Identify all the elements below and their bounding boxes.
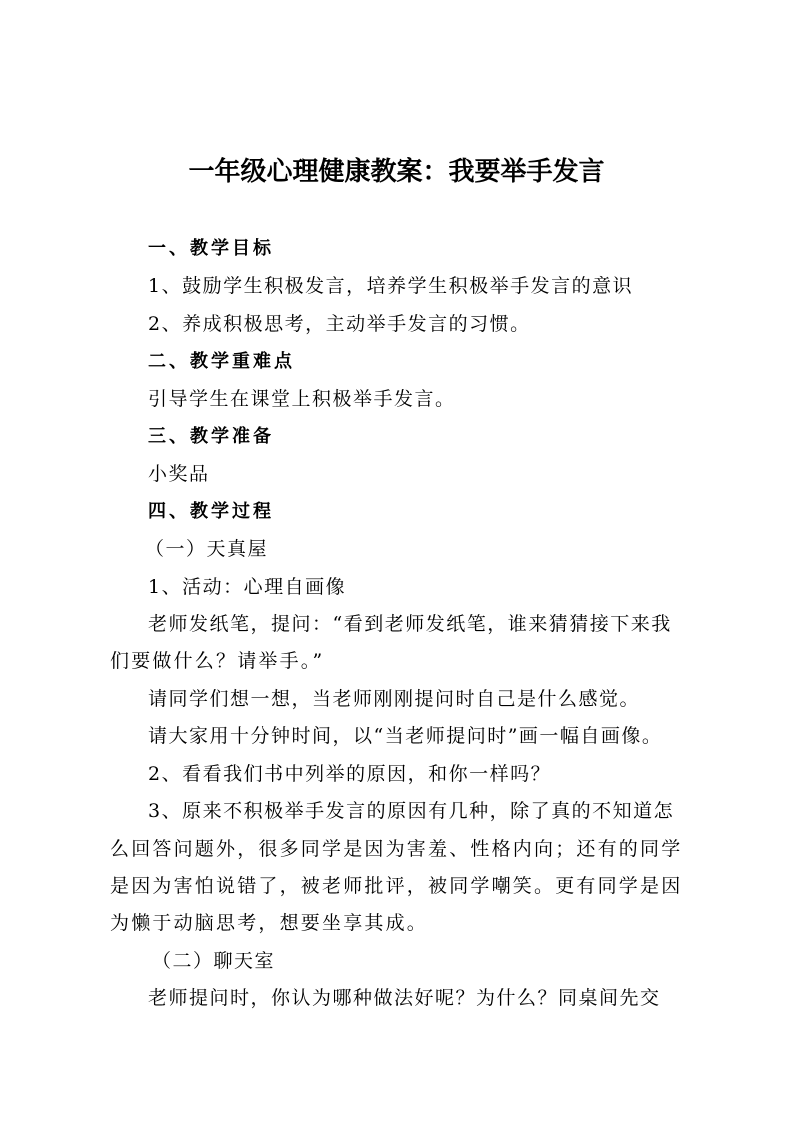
paragraph: 是因为害怕说错了，被老师批评，被同学嘲笑。更有同学是因 [110,873,690,899]
paragraph: 请同学们想一想，当老师刚刚提问时自己是什么感觉。 [148,686,728,712]
paragraph: 们要做什么？请举手。” [110,648,690,674]
paragraph: 请大家用十分钟时间，以“当老师提问时”画一幅自画像。 [148,723,728,749]
document-page: 一年级心理健康教案：我要举手发言 一、教学目标 1、鼓励学生积极发言，培养学生积… [0,0,793,1122]
paragraph: 老师提问时，你认为哪种做法好呢？为什么？同桌间先交 [148,985,728,1011]
paragraph: 1、活动：心理自画像 [148,574,728,600]
paragraph: 1、鼓励学生积极发言，培养学生积极举手发言的意识 [148,273,728,299]
paragraph: 么回答问题外，很多同学是因为害羞、性格内向；还有的同学 [110,836,690,862]
document-title: 一年级心理健康教案：我要举手发言 [0,155,793,189]
subsection-heading: （二）聊天室 [152,948,732,974]
paragraph: 2、看看我们书中列举的原因，和你一样吗？ [148,761,728,787]
paragraph: 2、养成积极思考，主动举手发言的习惯。 [148,311,728,337]
section-heading-key-points: 二、教学重难点 [148,349,728,375]
section-heading-process: 四、教学过程 [148,499,728,525]
paragraph: 老师发纸笔，提问：“看到老师发纸笔，谁来猜猜接下来我 [148,611,728,637]
section-heading-preparation: 三、教学准备 [148,424,728,450]
paragraph: 为懒于动脑思考，想要坐享其成。 [110,910,690,936]
section-heading-objectives: 一、教学目标 [148,236,728,262]
paragraph: 3、原来不积极举手发言的原因有几种，除了真的不知道怎 [148,798,728,824]
subsection-heading: （一）天真屋 [145,536,725,562]
paragraph: 引导学生在课堂上积极举手发言。 [148,386,728,412]
paragraph: 小奖品 [148,461,728,487]
